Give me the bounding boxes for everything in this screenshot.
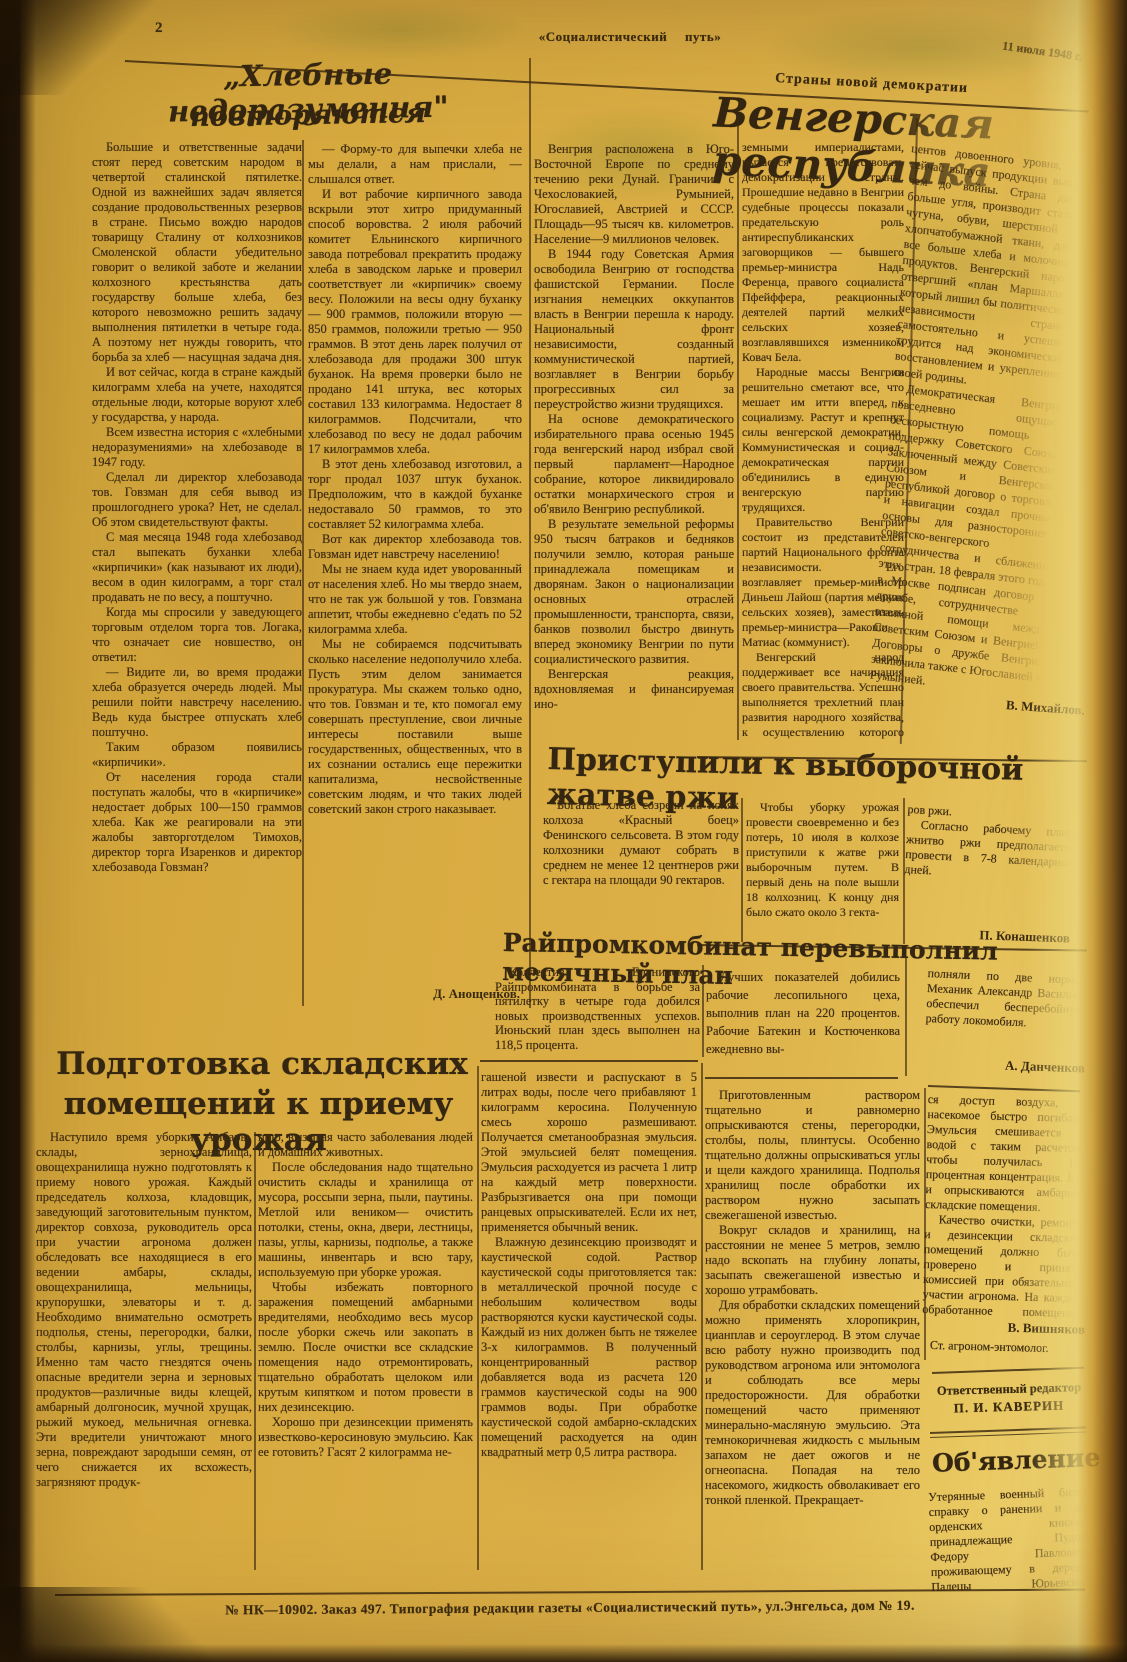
bread-col-1: Большие и ответственные задачи стоят пер…: [92, 140, 302, 1006]
column-rule: [924, 1088, 926, 1360]
bread-col-2: — Форму-то для выпечки хлеба не мы делал…: [308, 142, 522, 984]
storage-col-5: ся доступ воздуха, и насекомое быстро по…: [922, 1092, 1086, 1324]
newspaper-scan: 2 «Социалистический путь» 11 июля 1948 г…: [0, 0, 1127, 1662]
rye-col-2: Чтобы уборку урожая провести своевременн…: [746, 800, 899, 940]
section-rule: [705, 1077, 898, 1079]
storage-col-4: Приготовленным раствором тщательно и рав…: [705, 1088, 920, 1570]
factory-col-1: Коллектив Ельнинского Райпромкомбината в…: [495, 965, 700, 1057]
rye-col-1: Богатые хлеба созрели на полях колхоза «…: [543, 798, 739, 926]
ad-headline: Об'явление: [932, 1443, 1091, 1477]
page-number: 2: [155, 20, 163, 37]
column-rule: [737, 115, 739, 740]
column-rule: [254, 1132, 256, 1570]
storage-col-3: гашеной извести и распускают в 5 литрах …: [481, 1070, 697, 1570]
rye-col-3: ров ржи.Согласно рабочему плану жнитво р…: [902, 802, 1078, 923]
column-rule: [905, 958, 907, 1076]
storage-col-1: Наступило время уборки. Амбары, склады, …: [36, 1130, 252, 1570]
section-rule: [480, 1060, 698, 1062]
column-rule: [702, 965, 704, 1057]
column-rule: [701, 1063, 703, 1570]
factory-col-2: Лучших показателей добились рабочие лесо…: [706, 968, 900, 1072]
factory-col-3: полняли по две нормы. Механик Александр …: [924, 966, 1086, 1061]
column-rule: [302, 140, 304, 1006]
storage-col-2: цию, вызывая часто заболевания людей и д…: [258, 1130, 473, 1572]
column-rule: [529, 58, 531, 1008]
storage-headline-1: Подготовка складских: [52, 1046, 472, 1082]
ad-body: Утерянные военный билет, справку о ранен…: [928, 1484, 1093, 1592]
hungary-col-1: Венгрия расположена в Юго-Восточной Евро…: [534, 142, 734, 740]
bread-signature: Д. Анощенков.: [330, 986, 520, 1001]
column-rule: [477, 1066, 479, 1570]
masthead-title: «Социалистический путь»: [500, 29, 760, 45]
column-rule: [903, 798, 905, 944]
column-rule: [741, 798, 743, 942]
